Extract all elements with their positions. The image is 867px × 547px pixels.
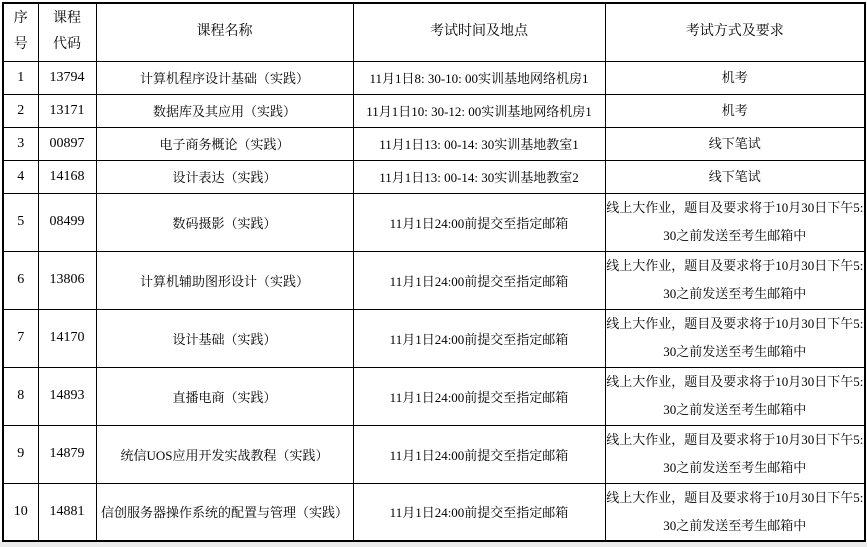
header-index: 序 号 [3, 3, 38, 61]
cell-index: 4 [3, 160, 38, 193]
cell-method: 线上大作业，题目及要求将于10月30日下午5: 30之前发送至考生邮箱中 [605, 367, 865, 425]
cell-index: 6 [3, 251, 38, 309]
cell-name: 计算机程序设计基础（实践） [96, 61, 353, 94]
cell-method: 机考 [605, 61, 865, 94]
cell-code: 14879 [38, 425, 96, 483]
header-code: 课程 代码 [38, 3, 96, 61]
exam-schedule-table: 序 号 课程 代码 课程名称 考试时间及地点 考试方式及要求 1 13794 计… [2, 2, 866, 542]
cell-method: 线上大作业，题目及要求将于10月30日下午5: 30之前发送至考生邮箱中 [605, 251, 865, 309]
cell-name: 设计基础（实践） [96, 309, 353, 367]
cell-index: 7 [3, 309, 38, 367]
table-row: 10 14881 信创服务器操作系统的配置与管理（实践） 11月1日24:00前… [3, 483, 865, 541]
cell-code: 00897 [38, 127, 96, 160]
table-row: 2 13171 数据库及其应用（实践） 11月1日10: 30-12: 00实训… [3, 94, 865, 127]
header-name: 课程名称 [96, 3, 353, 61]
cell-time: 11月1日13: 00-14: 30实训基地教室2 [353, 160, 605, 193]
cell-code: 14170 [38, 309, 96, 367]
cell-code: 14881 [38, 483, 96, 541]
cell-name: 数码摄影（实践） [96, 193, 353, 251]
cell-time: 11月1日8: 30-10: 00实训基地网络机房1 [353, 61, 605, 94]
cell-code: 13171 [38, 94, 96, 127]
cell-index: 9 [3, 425, 38, 483]
cell-time: 11月1日24:00前提交至指定邮箱 [353, 309, 605, 367]
cell-method: 线上大作业，题目及要求将于10月30日下午5: 30之前发送至考生邮箱中 [605, 483, 865, 541]
cell-time: 11月1日13: 00-14: 30实训基地教室1 [353, 127, 605, 160]
cell-index: 10 [3, 483, 38, 541]
cell-index: 8 [3, 367, 38, 425]
cell-index: 2 [3, 94, 38, 127]
table-row: 6 13806 计算机辅助图形设计（实践） 11月1日24:00前提交至指定邮箱… [3, 251, 865, 309]
cell-index: 3 [3, 127, 38, 160]
table-row: 9 14879 统信UOS应用开发实战教程（实践） 11月1日24:00前提交至… [3, 425, 865, 483]
cell-method: 线下笔试 [605, 160, 865, 193]
cell-time: 11月1日24:00前提交至指定邮箱 [353, 193, 605, 251]
header-method: 考试方式及要求 [605, 3, 865, 61]
document-page: 序 号 课程 代码 课程名称 考试时间及地点 考试方式及要求 1 13794 计… [2, 2, 866, 542]
cell-name: 统信UOS应用开发实战教程（实践） [96, 425, 353, 483]
cell-method: 线上大作业，题目及要求将于10月30日下午5: 30之前发送至考生邮箱中 [605, 309, 865, 367]
cell-time: 11月1日24:00前提交至指定邮箱 [353, 425, 605, 483]
header-time: 考试时间及地点 [353, 3, 605, 61]
cell-time: 11月1日24:00前提交至指定邮箱 [353, 367, 605, 425]
page-bottom-edge [0, 542, 867, 547]
cell-code: 08499 [38, 193, 96, 251]
cell-name: 设计表达（实践） [96, 160, 353, 193]
cell-code: 13794 [38, 61, 96, 94]
table-row: 7 14170 设计基础（实践） 11月1日24:00前提交至指定邮箱 线上大作… [3, 309, 865, 367]
cell-name: 信创服务器操作系统的配置与管理（实践） [96, 483, 353, 541]
cell-index: 5 [3, 193, 38, 251]
cell-method: 线下笔试 [605, 127, 865, 160]
cell-name: 电子商务概论（实践） [96, 127, 353, 160]
cell-code: 13806 [38, 251, 96, 309]
cell-time: 11月1日24:00前提交至指定邮箱 [353, 483, 605, 541]
cell-name: 直播电商（实践） [96, 367, 353, 425]
header-row: 序 号 课程 代码 课程名称 考试时间及地点 考试方式及要求 [3, 3, 865, 61]
table-row: 4 14168 设计表达（实践） 11月1日13: 00-14: 30实训基地教… [3, 160, 865, 193]
cell-code: 14893 [38, 367, 96, 425]
cell-time: 11月1日24:00前提交至指定邮箱 [353, 251, 605, 309]
cell-index: 1 [3, 61, 38, 94]
cell-code: 14168 [38, 160, 96, 193]
table-row: 8 14893 直播电商（实践） 11月1日24:00前提交至指定邮箱 线上大作… [3, 367, 865, 425]
table-row: 1 13794 计算机程序设计基础（实践） 11月1日8: 30-10: 00实… [3, 61, 865, 94]
table-row: 3 00897 电子商务概论（实践） 11月1日13: 00-14: 30实训基… [3, 127, 865, 160]
table-row: 5 08499 数码摄影（实践） 11月1日24:00前提交至指定邮箱 线上大作… [3, 193, 865, 251]
cell-name: 数据库及其应用（实践） [96, 94, 353, 127]
cell-method: 线上大作业，题目及要求将于10月30日下午5: 30之前发送至考生邮箱中 [605, 193, 865, 251]
cell-method: 线上大作业，题目及要求将于10月30日下午5: 30之前发送至考生邮箱中 [605, 425, 865, 483]
cell-method: 机考 [605, 94, 865, 127]
cell-time: 11月1日10: 30-12: 00实训基地网络机房1 [353, 94, 605, 127]
cell-name: 计算机辅助图形设计（实践） [96, 251, 353, 309]
